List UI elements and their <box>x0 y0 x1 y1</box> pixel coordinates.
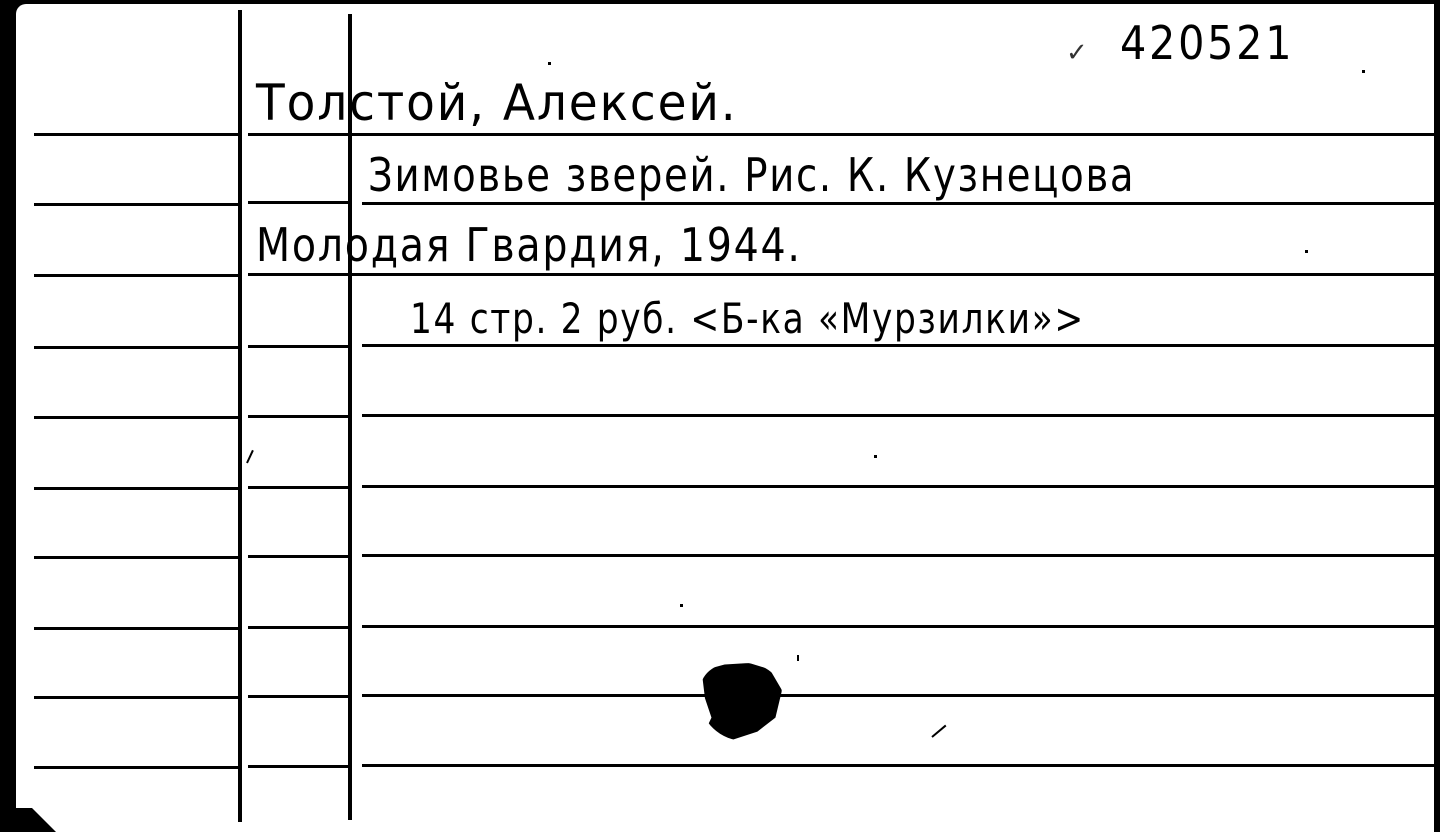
margin-line-left <box>238 10 242 822</box>
book-title: Зимовье зверей. Рис. К. Кузнецова <box>368 148 1135 202</box>
publisher-year: Молодая Гвардия, 1944. <box>256 218 802 272</box>
card-corner-shadow <box>16 808 56 832</box>
speck <box>1305 250 1308 253</box>
speck <box>680 604 683 607</box>
author-heading: Толстой, Алексей. <box>256 74 738 132</box>
inventory-number: 420521 <box>1120 16 1294 70</box>
speck <box>797 655 799 661</box>
speck <box>548 62 551 65</box>
check-mark: ✓ <box>1066 38 1090 68</box>
margin-line-right <box>348 14 352 820</box>
speck <box>1362 70 1365 73</box>
speck <box>874 455 877 458</box>
physical-description: 14 стр. 2 руб. <Б-ка «Мурзилки»> <box>410 294 1085 343</box>
